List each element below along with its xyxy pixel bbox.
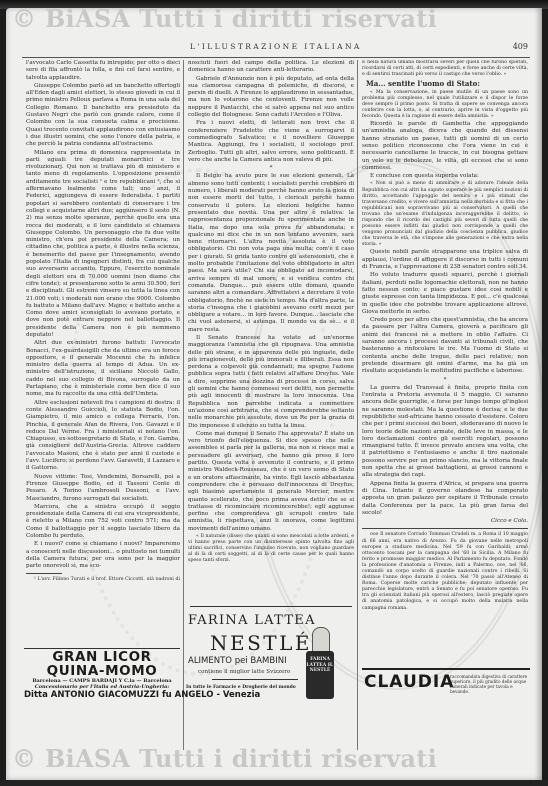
paragraph: Appena finita la guerra d'Africa, si pre…: [362, 481, 528, 517]
quote: « Ma la conservazione, in paese mutilo d…: [362, 90, 528, 120]
paragraph: Milano era prima di domenica rappresenta…: [26, 150, 180, 340]
quote: È nella natura umana mostrarsi severi pe…: [362, 60, 528, 78]
signature: Cicco e Cola.: [362, 518, 528, 525]
ad-title: GRAN LICOR QUINA-MOMO: [24, 650, 180, 678]
paragraph: Ricordò le parole di Gambetta che appogg…: [362, 121, 528, 172]
quote: « Non si può a meno di ammirare e di ado…: [362, 181, 528, 248]
column-divider: [183, 60, 184, 750]
paragraph: nosciuti fuori del campo della politica.…: [188, 60, 354, 75]
ad-quina-momo: GRAN LICOR QUINA-MOMO Barcelona — CAMPS …: [24, 650, 180, 700]
paragraph: Queste nobili parole strapparono una tri…: [362, 249, 528, 271]
page-number: 409: [513, 42, 528, 51]
journal-title: L'ILLUSTRAZIONE ITALIANA: [190, 42, 362, 51]
paragraph: La guerra del Transvaal è finita, propri…: [362, 385, 528, 480]
ad-brand: NESTLÉ: [210, 631, 312, 655]
copyright-watermark-bottom: © BiASA Tutti i diritti riservati: [12, 744, 437, 773]
paragraph: Come mai dunque il Senato l'ha approvata…: [188, 431, 354, 533]
paragraph: Ho voluto tradurre questi squarci, perch…: [362, 272, 528, 316]
ad-rule: [362, 668, 530, 670]
paragraph: Giuseppe Colombo parlò ad un banchetto o…: [26, 83, 180, 149]
scan-bottom-edge: [0, 780, 548, 786]
section-rule: [362, 528, 528, 529]
can-label: FARINA LATTEA H. NESTLÉ: [306, 651, 334, 699]
ad-description: raccomandata digestiva di carattere supe…: [450, 674, 530, 694]
footnote-rule: [26, 573, 62, 574]
ad-rule: [212, 679, 298, 680]
subheading: Ma... sentite l'uomo di Stato:: [362, 80, 528, 87]
ad-line: FARINA LATTEA: [188, 613, 316, 628]
running-head: L'ILLUSTRAZIONE ITALIANA 409: [22, 42, 530, 56]
ad-line: ALIMENTO pei BAMBINI: [188, 656, 287, 666]
product-can-illustration: FARINA LATTEA H. NESTLÉ: [306, 627, 334, 699]
paragraph: Il Belgio ha avuto pure le sue elezioni …: [188, 173, 354, 334]
paragraph: Il Senato francese ha votato ad un'enorm…: [188, 335, 354, 430]
ad-brand: CLAUDIA: [364, 672, 454, 692]
paragraph: Gabriele d'Annunzio non è più deputato, …: [188, 76, 354, 120]
ad-nestle: FARINA LATTEA NESTLÉ ALIMENTO pei BAMBIN…: [186, 613, 356, 695]
column-3: È nella natura umana mostrarsi severi pe…: [362, 60, 528, 620]
paragraph: Nuove vittime: Tosi, Vendemini, Borsarel…: [26, 474, 180, 503]
copyright-watermark-top: © BiASA Tutti i diritti riservati: [12, 4, 437, 33]
paragraph: Marcora, che a sinistra occupò il seggio…: [26, 504, 180, 540]
ad-line: Ditta ANTONIO GIACOMUZZI fu ANGELO - Ven…: [24, 690, 180, 700]
footnote: ¹ L'avv. Filippo Turati e il prof. Ettor…: [26, 577, 180, 580]
column-2: nosciuti fuori del campo della politica.…: [188, 60, 354, 580]
paragraph: Credo poco per altro che quest'amnistia,…: [362, 317, 528, 375]
ad-rule: [190, 606, 352, 607]
quote: « Il naturale (disse) che quanti si sono…: [188, 534, 354, 564]
section-star: *: [188, 165, 354, 172]
paragraph: Altre esclusioni notevoli fra i campioni…: [26, 400, 180, 473]
ad-line: contiene il miglior latte Svizzero: [198, 669, 290, 675]
paragraph: E concluse con questa superba volata:: [362, 173, 528, 180]
page-spine-shadow: [534, 8, 542, 780]
header-rule: [22, 57, 530, 58]
paragraph: Altri due ex-ministri furono battuti: l'…: [26, 340, 180, 398]
ad-claudia: CLAUDIA raccomandata digestiva di caratt…: [364, 672, 530, 692]
obituary: ooo Il senatore Corrado Tommasi Crudeli …: [362, 532, 528, 611]
section-star: *: [362, 377, 528, 384]
paragraph: l'avvocato Carlo Cassetta fu intrepido; …: [26, 60, 180, 82]
ad-line: In tutte le Farmacie e Drogherie del mon…: [186, 685, 296, 690]
column-divider: [357, 60, 358, 750]
paragraph: Fra i nuovi eletti, di letterati non tro…: [188, 120, 354, 164]
column-1: l'avvocato Carlo Cassetta fu intrepido; …: [26, 60, 180, 580]
paragraph: E i nuovi? come si chiamano i nuovi? Imp…: [26, 541, 180, 570]
